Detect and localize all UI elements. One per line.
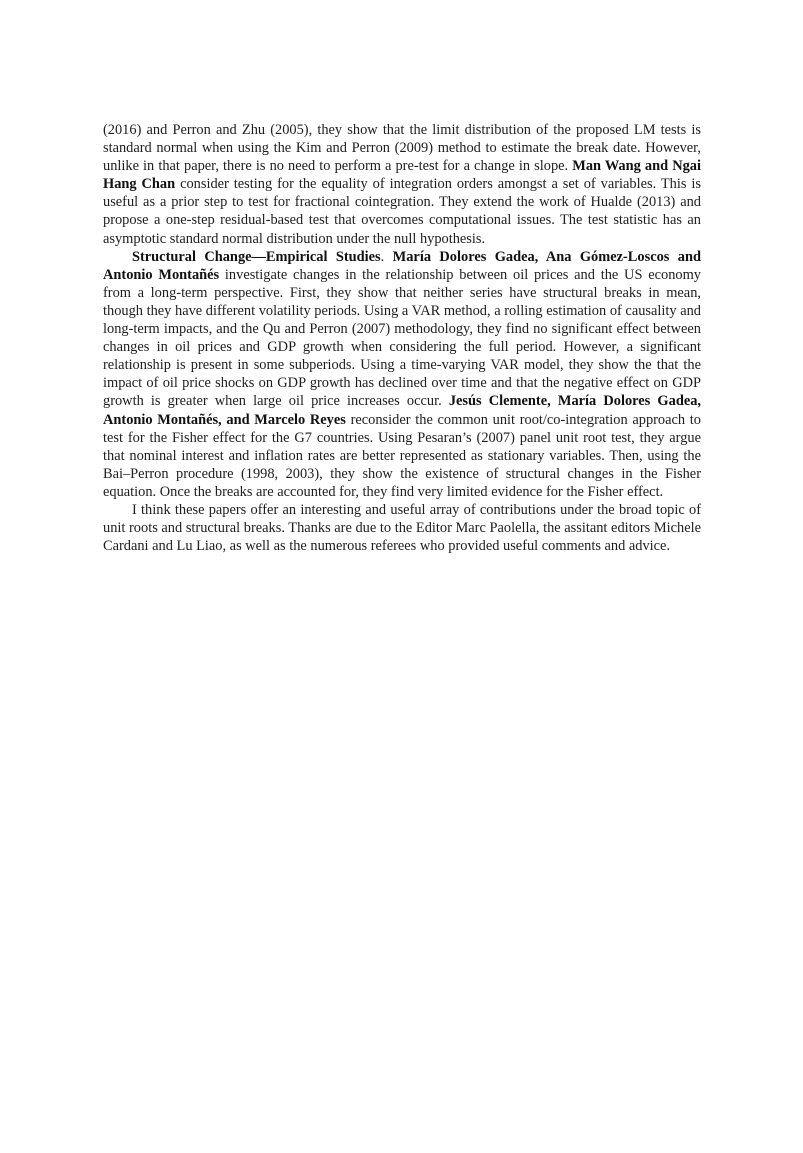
text-run: I think these papers offer an interestin… xyxy=(103,502,701,554)
document-body: (2016) and Perron and Zhu (2005), they s… xyxy=(103,121,701,555)
paragraph-structural-change-empirical: Structural Change—Empirical Studies. Mar… xyxy=(103,248,701,501)
paragraph-lm-tests-and-integration-orders: (2016) and Perron and Zhu (2005), they s… xyxy=(103,121,701,248)
text-run: consider testing for the equality of int… xyxy=(103,176,701,246)
text-run: investigate changes in the relationship … xyxy=(103,267,701,410)
section-run-in-heading: Structural Change—Empirical Studies xyxy=(132,249,381,265)
paragraph-acknowledgements: I think these papers offer an interestin… xyxy=(103,501,701,555)
text-run: . xyxy=(381,249,393,265)
